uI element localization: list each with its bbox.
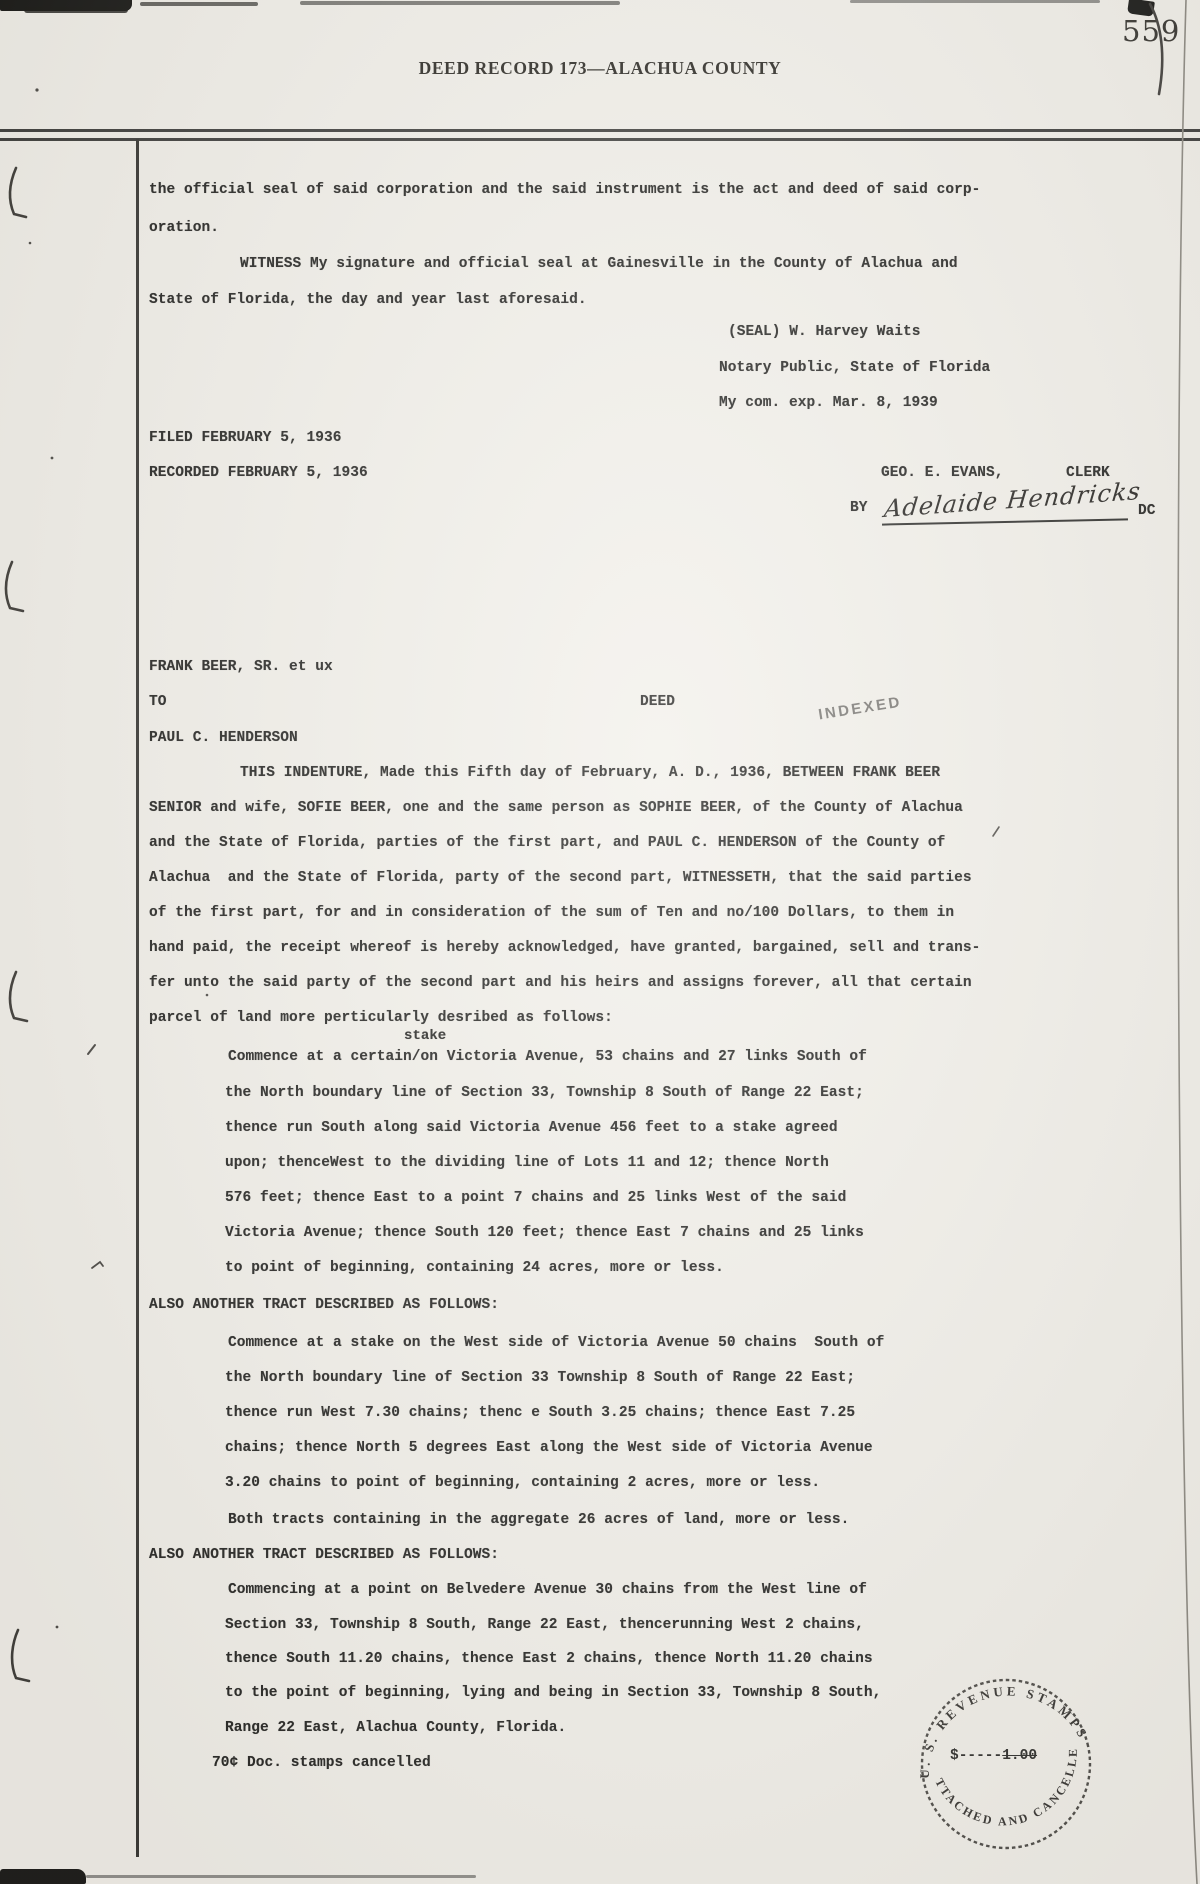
caption-grantee: PAUL C. HENDERSON	[149, 731, 298, 746]
tract1-line: thence run South along said Victoria Ave…	[225, 1121, 838, 1136]
tract1-line: upon; thenceWest to the dividing line of…	[225, 1156, 829, 1171]
running-header: DEED RECORD 173—ALACHUA COUNTY	[405, 58, 795, 79]
revenue-stamp: U. S. REVENUE STAMPS ATTACHED AND CANCEL…	[887, 1645, 1125, 1883]
stamp-amount-prefix: $	[950, 1748, 959, 1764]
doc-stamps-line: 70¢ Doc. stamps cancelled	[212, 1756, 431, 1771]
tract2-line: chains; thence North 5 degrees East alon…	[225, 1441, 873, 1456]
deed-paragraph-line: and the State of Florida, parties of the…	[149, 836, 945, 851]
left-margin-rule	[136, 139, 139, 1857]
scan-artifact	[140, 2, 258, 6]
ack-line: State of Florida, the day and year last …	[149, 293, 587, 308]
tract2-line: Commence at a stake on the West side of …	[228, 1336, 884, 1351]
tract3-line: Section 33, Township 8 South, Range 22 E…	[225, 1618, 864, 1633]
header-rule-bottom	[0, 138, 1200, 141]
tract1-line: Commence at a certain/on Victoria Avenue…	[228, 1050, 867, 1065]
also-tract-heading: ALSO ANOTHER TRACT DESCRIBED AS FOLLOWS:	[149, 1548, 499, 1563]
notary-seal-line: (SEAL) W. Harvey Waits	[728, 325, 921, 340]
tract2-line: the North boundary line of Section 33 To…	[225, 1371, 855, 1386]
caption-grantor: FRANK BEER, SR. et ux	[149, 660, 333, 675]
indexed-stamp: INDEXED	[817, 694, 903, 724]
tract1-line: Victoria Avenue; thence South 120 feet; …	[225, 1226, 864, 1241]
recorded-date: RECORDED FEBRUARY 5, 1936	[149, 466, 368, 481]
scan-artifact	[24, 7, 128, 13]
scan-artifact	[850, 0, 1100, 3]
filed-date: FILED FEBRUARY 5, 1936	[149, 431, 342, 446]
header-rule-top	[0, 129, 1200, 132]
deputy-clerk-signature: Adelaide Hendricks	[883, 477, 1143, 523]
stamp-amount-leader: -----	[959, 1748, 1003, 1764]
deed-record-page: 559 DEED RECORD 173—ALACHUA COUNTY the o…	[0, 0, 1200, 1884]
stamp-amount: $-----1.00	[950, 1748, 1037, 1764]
tract3-line: to the point of beginning, lying and bei…	[225, 1686, 881, 1701]
scan-artifact	[86, 1875, 476, 1878]
revenue-stamp-arc-top: U. S. REVENUE STAMPS	[899, 1664, 1092, 1782]
tract1-line: to point of beginning, containing 24 acr…	[225, 1261, 724, 1276]
deed-paragraph-line: Alachua and the State of Florida, party …	[149, 871, 972, 886]
notary-expiry-line: My com. exp. Mar. 8, 1939	[719, 396, 938, 411]
scan-artifact	[0, 1869, 86, 1884]
tract2-line: thence run West 7.30 chains; thenc e Sou…	[225, 1406, 855, 1421]
tract1-line: 576 feet; thence East to a point 7 chain…	[225, 1191, 846, 1206]
page-number: 559	[1122, 14, 1180, 48]
deed-paragraph-line: SENIOR and wife, SOFIE BEER, one and the…	[149, 801, 963, 816]
svg-text:U. S. REVENUE STAMPS: U. S. REVENUE STAMPS	[899, 1664, 1092, 1782]
deed-paragraph-line: parcel of land more perticularly desribe…	[149, 1011, 613, 1026]
tract2-line: 3.20 chains to point of beginning, conta…	[225, 1476, 820, 1491]
tract3-line: Commencing at a point on Belvedere Avenu…	[228, 1583, 867, 1598]
clerk-name: GEO. E. EVANS,	[881, 466, 1004, 481]
stamp-amount-value: 1.00	[1002, 1748, 1037, 1764]
deed-paragraph-line: hand paid, the receipt whereof is hereby…	[149, 941, 980, 956]
tract1-line: the North boundary line of Section 33, T…	[225, 1086, 864, 1101]
deed-paragraph-line: THIS INDENTURE, Made this Fifth day of F…	[240, 766, 940, 781]
notary-title-line: Notary Public, State of Florida	[719, 361, 990, 376]
deed-paragraph-line: of the first part, for and in considerat…	[149, 906, 954, 921]
clerk-title: CLERK	[1066, 466, 1110, 481]
tract3-line: Range 22 East, Alachua County, Florida.	[225, 1721, 566, 1736]
deed-paragraph-line: fer unto the said party of the second pa…	[149, 976, 972, 991]
by-label: BY	[850, 501, 868, 516]
scan-artifact	[300, 1, 620, 5]
also-tract-heading: ALSO ANOTHER TRACT DESCRIBED AS FOLLOWS:	[149, 1298, 499, 1313]
caption-instrument-type: DEED	[640, 695, 675, 710]
ack-line: WITNESS My signature and official seal a…	[240, 257, 958, 272]
ack-line: oration.	[149, 221, 219, 236]
tract3-line: thence South 11.20 chains, thence East 2…	[225, 1652, 873, 1667]
deputy-clerk-suffix: DC	[1138, 504, 1156, 519]
aggregate-line: Both tracts containing in the aggregate …	[228, 1513, 849, 1528]
interlineation-stake: stake	[404, 1029, 446, 1043]
ack-line: the official seal of said corporation an…	[149, 183, 980, 198]
caption-to: TO	[149, 695, 167, 710]
